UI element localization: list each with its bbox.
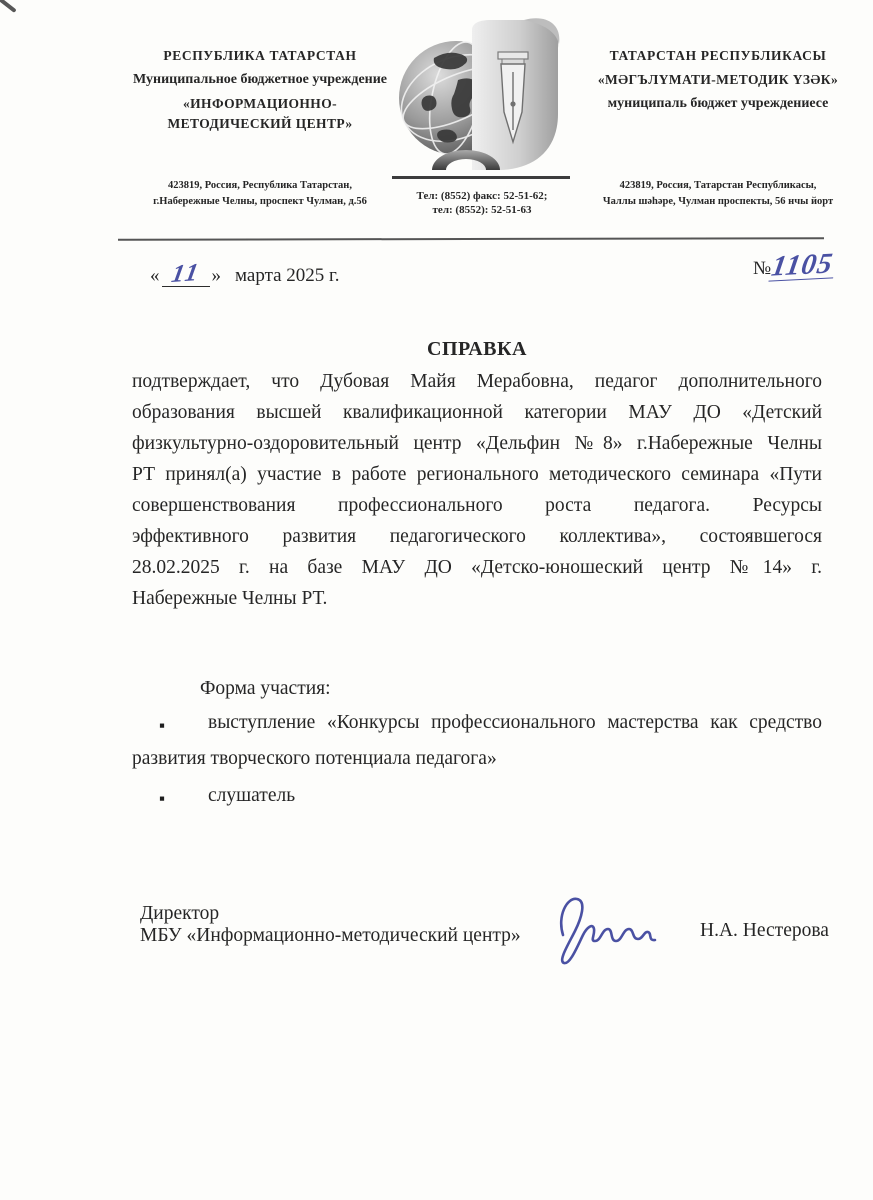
- participation-item-2: слушатель: [208, 785, 295, 807]
- participation-item-1-line-2: развития творческого потенциала педагога…: [132, 748, 497, 770]
- letterhead-right: ТАТАРСТАН РЕСПУБЛИКАСЫ «МӘГЪЛҮМАТИ-МЕТОД…: [582, 48, 854, 112]
- body-line: Набережные Челны РТ.: [132, 583, 822, 614]
- quote-open: «: [150, 265, 160, 286]
- org-name-ru-1: «ИНФОРМАЦИОННО-: [112, 96, 408, 112]
- org-type-tt: муниципаль бюджет учреждениесе: [582, 96, 854, 112]
- org-type-ru: Муниципальное бюджетное учреждение: [112, 72, 408, 88]
- body-line: физкультурно-оздоровительный центр «Дель…: [132, 428, 822, 459]
- org-country-ru: РЕСПУБЛИКА ТАТАРСТАН: [112, 48, 408, 64]
- participation-item-1-line-1: выступление «Конкурсы профессионального …: [208, 712, 822, 734]
- body-line: подтверждает, что Дубовая Майя Мерабовна…: [132, 366, 822, 397]
- phone-line-1: Тел: (8552) факс: 52-51-62;: [382, 189, 582, 203]
- scan-artifact: [0, 0, 17, 13]
- letterhead-left: РЕСПУБЛИКА ТАТАРСТАН Муниципальное бюдже…: [112, 48, 408, 132]
- org-name-tt: «МӘГЪЛҮМАТИ-МЕТОДИК ҮЗӘК»: [582, 72, 854, 88]
- participation-heading: Форма участия:: [200, 678, 331, 700]
- org-address-ru-2: г.Набережные Челны, проспект Чулман, д.5…: [112, 194, 408, 210]
- signer-position: Директор МБУ «Информационно-методический…: [140, 903, 521, 947]
- body-line: совершенствования профессионального рост…: [132, 490, 822, 521]
- body-paragraph: подтверждает, что Дубовая Майя Мерабовна…: [132, 366, 822, 614]
- handwritten-signature-icon: [550, 890, 662, 968]
- signer-position-line-2: МБУ «Информационно-методический центр»: [140, 925, 521, 947]
- day-blank: 11: [162, 260, 210, 287]
- bullet-square-icon: ▪: [159, 716, 165, 735]
- document-title: СПРАВКА: [132, 338, 822, 361]
- signer-position-line-1: Директор: [140, 903, 521, 925]
- number-line: №1105: [753, 252, 836, 280]
- org-address-tt-2: Чаллы шәһәре, Чулман проспекты, 56 нчы й…: [582, 194, 854, 210]
- body-line: образования высшей квалификационной кате…: [132, 397, 822, 428]
- signer-name: Н.А. Нестерова: [700, 920, 829, 942]
- body-line: 28.02.2025 г. на базе МАУ ДО «Детско-юно…: [132, 552, 822, 583]
- quote-close: »: [212, 265, 222, 286]
- org-address-ru: 423819, Россия, Республика Татарстан, г.…: [112, 178, 408, 210]
- org-country-tt: ТАТАРСТАН РЕСПУБЛИКАСЫ: [582, 48, 854, 64]
- phone-block: Тел: (8552) факс: 52-51-62; тел: (8552):…: [382, 189, 582, 217]
- phone-line-2: тел: (8552): 52-51-63: [382, 203, 582, 217]
- bullet-square-icon: ▪: [159, 789, 165, 808]
- globe-pen-logo-icon: [396, 18, 568, 174]
- org-address-tt: 423819, Россия, Татарстан Республикасы, …: [582, 178, 854, 210]
- certificate-document: РЕСПУБЛИКА ТАТАРСТАН Муниципальное бюдже…: [0, 0, 873, 1200]
- handwritten-day: 11: [169, 259, 202, 289]
- org-name-ru-2: МЕТОДИЧЕСКИЙ ЦЕНТР»: [112, 116, 408, 132]
- handwritten-number: 1105: [769, 250, 839, 281]
- body-line: РТ принял(а) участие в работе региональн…: [132, 459, 822, 490]
- date-line: «11»марта 2025 г.: [150, 260, 339, 287]
- logo-divider: [392, 176, 570, 179]
- org-address-tt-1: 423819, Россия, Татарстан Республикасы,: [582, 178, 854, 194]
- body-line: эффективного развития педагогического ко…: [132, 521, 822, 552]
- header-divider: [118, 237, 824, 240]
- date-text: марта 2025 г.: [235, 265, 339, 286]
- org-address-ru-1: 423819, Россия, Республика Татарстан,: [112, 178, 408, 194]
